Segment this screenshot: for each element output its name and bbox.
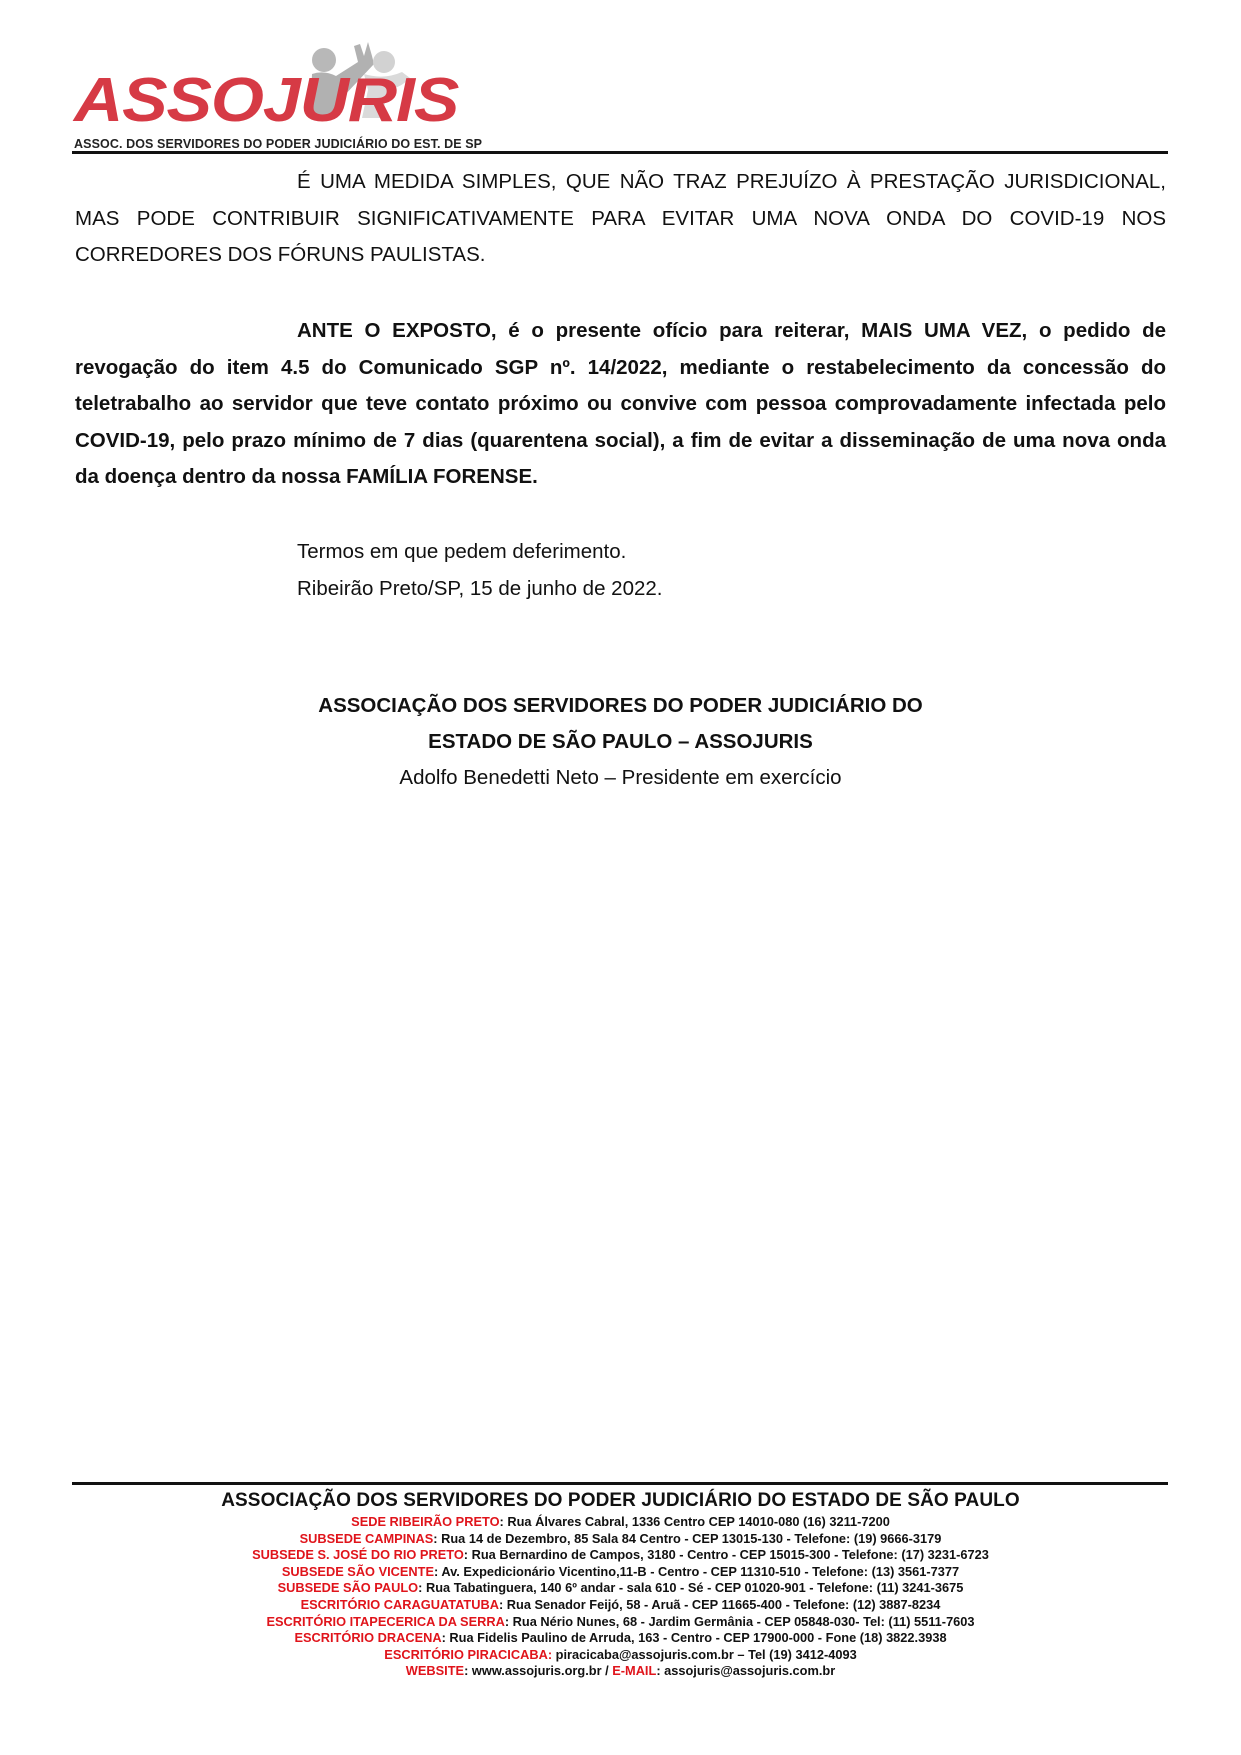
signature-org-line-1: ASSOCIAÇÃO DOS SERVIDORES DO PODER JUDIC… [0,688,1241,724]
office-line: ESCRITÓRIO ITAPECERICA DA SERRA: Rua Nér… [0,1614,1241,1631]
website-label: WEBSITE [406,1663,464,1678]
assojuris-logo: ASSOJURIS ASSOC. DOS SERVIDORES DO PODER… [72,40,452,150]
office-label: ESCRITÓRIO CARAGUATATUBA [301,1597,499,1612]
office-address: : Rua Senador Feijó, 58 - Aruã - CEP 116… [499,1597,940,1612]
office-line: ESCRITÓRIO PIRACICABA: piracicaba@assoju… [0,1647,1241,1664]
footer-title: ASSOCIAÇÃO DOS SERVIDORES DO PODER JUDIC… [0,1488,1241,1514]
office-label: SEDE RIBEIRÃO PRETO [351,1514,499,1529]
header-divider [72,151,1168,154]
signature-org-line-2: ESTADO DE SÃO PAULO – ASSOJURIS [0,724,1241,760]
office-label: SUBSEDE SÃO VICENTE [282,1564,434,1579]
closing-request: Termos em que pedem deferimento. [297,534,662,571]
office-address: : Av. Expedicionário Vicentino,11-B - Ce… [434,1564,959,1579]
office-address: : Rua Bernardino de Campos, 3180 - Centr… [464,1547,989,1562]
website-text[interactable]: : www.assojuris.org.br / [464,1663,612,1678]
office-line: SEDE RIBEIRÃO PRETO: Rua Álvares Cabral,… [0,1514,1241,1531]
office-label: ESCRITÓRIO ITAPECERICA DA SERRA [266,1614,504,1629]
signer-name: Adolfo Benedetti Neto – Presidente em ex… [0,760,1241,796]
office-address: : Rua Álvares Cabral, 1336 Centro CEP 14… [500,1514,890,1529]
office-line: SUBSEDE CAMPINAS: Rua 14 de Dezembro, 85… [0,1531,1241,1548]
office-address: : Rua 14 de Dezembro, 85 Sala 84 Centro … [433,1531,941,1546]
paragraph-2-text: ANTE O EXPOSTO, é o presente ofício para… [75,319,1166,488]
office-line: SUBSEDE SÃO PAULO: Rua Tabatinguera, 140… [0,1580,1241,1597]
paragraph-1-text: É UMA MEDIDA SIMPLES, QUE NÃO TRAZ PREJU… [75,170,1166,266]
office-address: piracicaba@assojuris.com.br – Tel (19) 3… [552,1647,857,1662]
office-line: ESCRITÓRIO CARAGUATATUBA: Rua Senador Fe… [0,1597,1241,1614]
office-label: ESCRITÓRIO DRACENA [294,1630,441,1645]
footer-contact-line: WEBSITE: www.assojuris.org.br / E-MAIL: … [0,1663,1241,1680]
closing: Termos em que pedem deferimento. Ribeirã… [297,534,662,607]
place-date: Ribeirão Preto/SP, 15 de junho de 2022. [297,571,662,608]
office-address: : Rua Tabatinguera, 140 6º andar - sala … [418,1580,963,1595]
office-label: SUBSEDE S. JOSÉ DO RIO PRETO [252,1547,464,1562]
office-address: : Rua Fidelis Paulino de Arruda, 163 - C… [442,1630,947,1645]
email-label: E-MAIL [612,1663,656,1678]
email-text[interactable]: : assojuris@assojuris.com.br [656,1663,835,1678]
office-label: SUBSEDE SÃO PAULO [278,1580,419,1595]
paragraph-1: É UMA MEDIDA SIMPLES, QUE NÃO TRAZ PREJU… [75,164,1166,274]
logo-subtitle: ASSOC. DOS SERVIDORES DO PODER JUDICIÁRI… [74,137,482,151]
signature-block: ASSOCIAÇÃO DOS SERVIDORES DO PODER JUDIC… [0,688,1241,796]
office-line: SUBSEDE SÃO VICENTE: Av. Expedicionário … [0,1564,1241,1581]
footer-divider [72,1482,1168,1485]
office-line: SUBSEDE S. JOSÉ DO RIO PRETO: Rua Bernar… [0,1547,1241,1564]
footer: ASSOCIAÇÃO DOS SERVIDORES DO PODER JUDIC… [0,1488,1241,1680]
paragraph-2: ANTE O EXPOSTO, é o presente ofício para… [75,313,1166,496]
office-line: ESCRITÓRIO DRACENA: Rua Fidelis Paulino … [0,1630,1241,1647]
logo-wordmark: ASSOJURIS [74,70,458,132]
office-list: SEDE RIBEIRÃO PRETO: Rua Álvares Cabral,… [0,1514,1241,1663]
office-label: SUBSEDE CAMPINAS [300,1531,434,1546]
office-address: : Rua Nério Nunes, 68 - Jardim Germânia … [505,1614,975,1629]
office-label: ESCRITÓRIO PIRACICABA: [384,1647,552,1662]
